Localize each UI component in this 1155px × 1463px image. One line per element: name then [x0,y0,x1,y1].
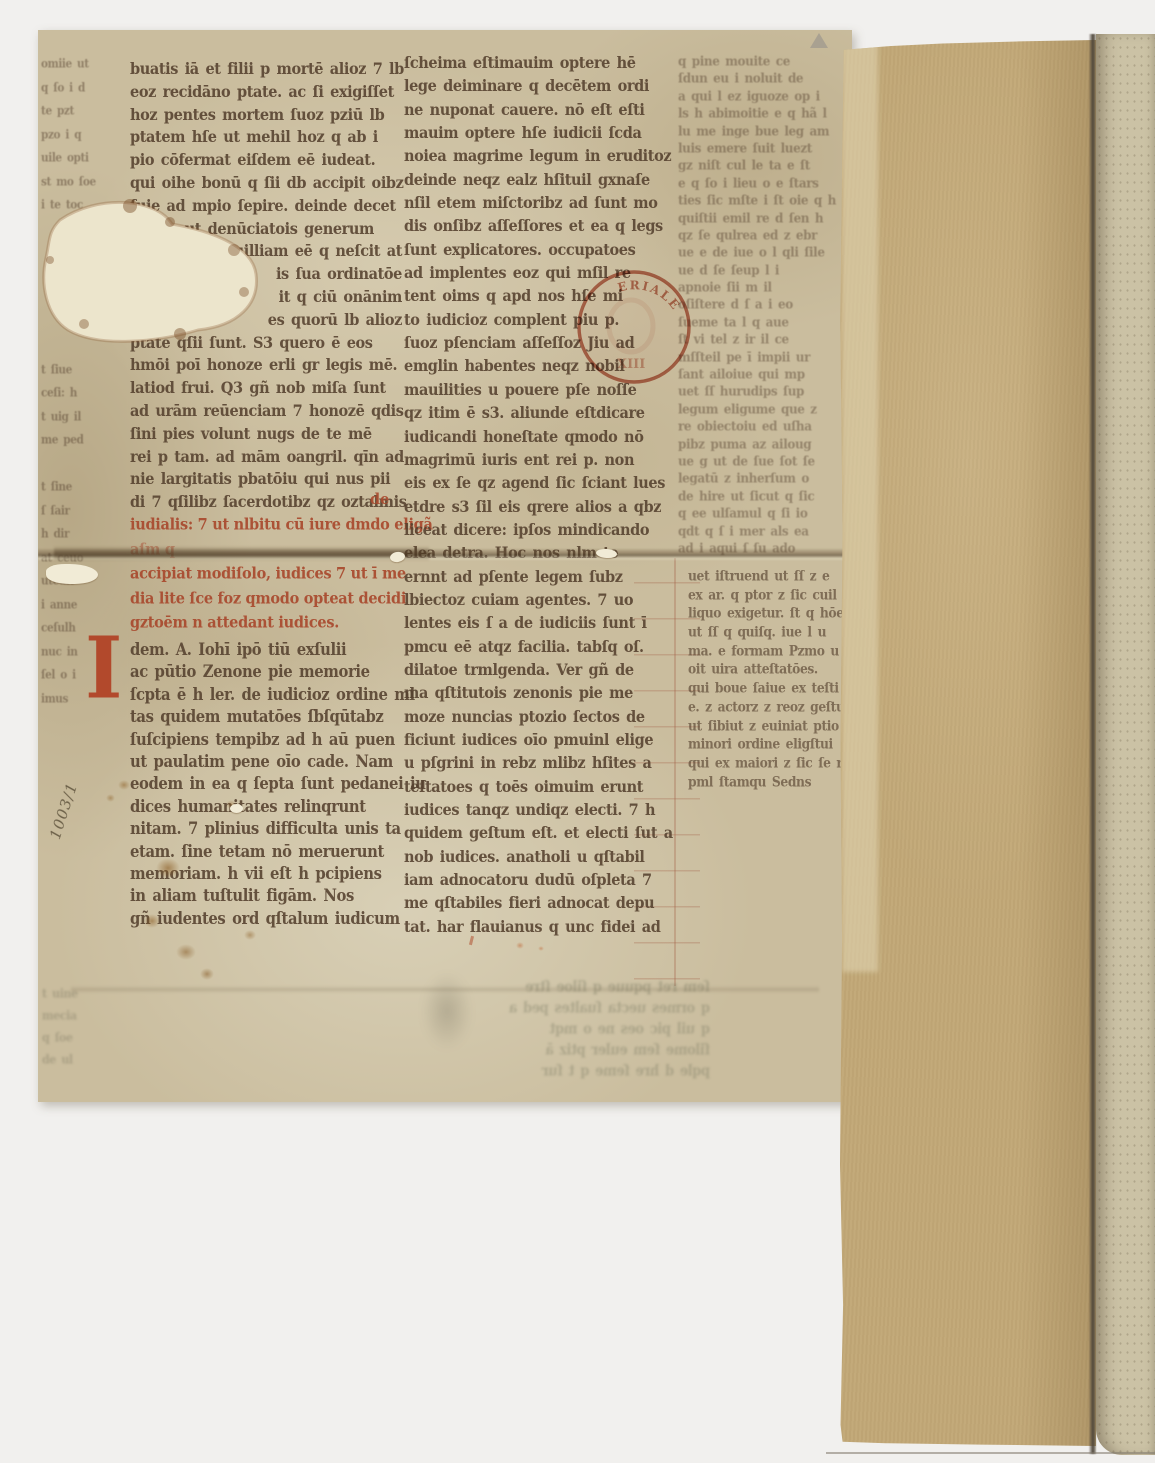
rubric-catchword: de [370,491,389,508]
manuscript-line: pio cōfermat eiſdem eē iudeat. [130,148,402,174]
stain-spot [118,780,130,790]
edge-fragment-line: uile opti [41,146,127,172]
manuscript-line: re obiectoiu ed uſha [678,417,852,436]
text-column-right-upper: q pine mouite ceſdun eu i noluit dea qui… [678,52,852,556]
manuscript-line: ſt vi tel z ir il ce [678,330,852,349]
manuscript-line: buatis iā et filii p mortē alioz 7 lb [130,57,402,83]
showthrough-line: q ſoe [42,1026,192,1051]
showthrough-line: ſilome ſem euler ptiz ā [290,1039,710,1063]
edge-fragment-line: ſ ſair [41,499,127,525]
edge-fragment-line: omiie ut [41,52,127,78]
red-mark [469,936,474,945]
manuscript-line: ſunt explicatores. occupatoes [404,237,670,263]
edge-fragment-line: t uig il [41,405,127,431]
manuscript-line: ut ſſ q quiſq. iue l u [688,622,852,643]
stain-spot [144,914,160,928]
manuscript-line: latiod frui. Q3 gñ nob miſa ſunt [130,376,402,402]
manuscript-line: pmcu eē atqz facilia. tabſq oſ. [404,634,670,660]
manuscript-line: uet iſtruend ut ſſ z e [688,566,852,587]
text-column-middle: ſcheima eſtimauim optere hēlege deiminar… [404,50,670,937]
red-initial-letter: I [85,628,122,709]
edge-fragment-line: t ſine [41,475,127,501]
rubric-red-text: iudialis: 7 ut nlbitu cū iure dmdo eligã… [130,512,410,635]
edge-fragment-line: te pzt [41,99,127,125]
stain-spot [244,930,256,940]
shelfmark-inscription: 1003/1 [46,780,81,841]
text-column-left-lower: dem. A. Iohī ipō tiū exſuliiac pūtio Zen… [130,638,410,929]
manuscript-line: me qſtabiles fieri adnocat depu [404,890,670,916]
edge-fragment-line: h dir [41,522,127,548]
manuscript-line: legatū z inherſum o [678,469,852,488]
stain-spot [516,942,524,949]
manuscript-line: quidem geſtum eſt. et electi ſut a [404,820,670,846]
backing-leaf [840,40,1096,1446]
edge-fragment-line: q ſo i d [41,76,127,102]
manuscript-line: ue e de iue o l qli ſile [678,243,852,262]
stain-spot [538,946,544,951]
backing-leaf-light-edge [842,44,878,972]
stain-spot [156,858,180,878]
parchment-chip [230,804,243,813]
showthrough-line: q uil pic oes ne o mqt [290,1018,710,1042]
stain-spot [176,944,196,960]
stain-spot [200,968,214,980]
stain-spot [106,794,115,802]
showthrough-line: mecia [42,1004,192,1029]
manuscript-line: nob iudices. anatholi u qſtabil [404,844,670,870]
faint-crease [71,986,820,993]
showthrough-line: de ul [42,1048,192,1073]
manuscript-line: deinde neqz ealz hſituil gxnaſe [404,167,670,193]
manuscript-line: e. z actorz z reoz geſtum [688,697,852,718]
manuscript-line: tat. har flauianus q unc fidei ad [404,914,670,940]
stain-smudge [422,972,472,1050]
rubric-line: accipiat modiſolo, iudices 7 ut ī me [130,561,410,588]
library-stamp: ERIALE XIII [571,264,697,390]
manuscript-line: u pſgrini in rebz mlibz hſites a [404,750,670,776]
page-bottom-edge-line [826,1452,1155,1454]
manuscript-line: lege deiminare q decētem ordi [404,73,670,99]
manuscript-line: ac pūtio Zenone pie memorie [130,660,410,685]
edge-fragment-line: me ped [41,428,127,454]
showthrough-text-left: t uinemeciaq ſoede ul [42,982,192,1070]
parchment-sheet: omiie utq ſo i dte pztpzo i quile optist… [38,30,852,1102]
manuscript-line: lentes eis ſ a de iudiciis ſunt ī [404,610,670,636]
manuscript-line: nitam. 7 plinius difficulta unis ta [130,817,410,842]
manuscript-scan: omiie utq ſo i dte pztpzo i quile optist… [0,0,1155,1463]
manuscript-line: ne nuponat cauere. nō eſt eſti [404,97,670,123]
manuscript-line: minori ordine eligſtui [688,734,852,755]
manuscript-line: ſini pies volunt nugs de te mē [130,422,402,448]
manuscript-line: teſtatoes q toēs oimuim erunt [404,774,670,800]
stamp-numeral: XIII [617,357,645,372]
next-page-edge [1096,34,1155,1455]
manuscript-line: ties ſic mſte i ſt oie q h [678,191,852,210]
manuscript-line: eis ex ſe qz agend ſic ſciant lues [404,470,670,496]
manuscript-line: qz itim ē s3. aliunde eſtdicare [404,400,670,426]
manuscript-line: ma qſtitutois zenonis pie me [404,680,670,706]
manuscript-line: pml ſtamqu Sedns [688,772,852,793]
showthrough-line: pqle d hre ſeme q t ſur [290,1060,710,1084]
rubric-line: gztoēm n attedant iudices. [130,610,410,637]
manuscript-line: ernnt ad pſente legem ſubz [404,564,670,590]
parchment-hole [38,188,276,360]
manuscript-line: q ee ulſamul q ſi io [678,504,852,523]
manuscript-line: ſdun eu i noluit de [678,69,852,88]
manuscript-line: ls h abimoitie e q hã l [678,104,852,123]
manuscript-line: qui boue ſaiue ex teſti [688,678,852,699]
manuscript-line: gz niſt cul le ta e ſt [678,156,852,175]
manuscript-line: noiea magrime legum in eruditoz [404,143,670,169]
manuscript-line: ſuſcipiens tempibz ad h aū puen [130,728,410,753]
showthrough-line: q ormes uecta ſualtes ped a [290,997,710,1021]
manuscript-line: in aliam tuſtulit figām. Nos [130,884,410,909]
edge-fragment-line [41,452,127,478]
manuscript-line: uet ſſ hurudips ſup [678,382,852,401]
manuscript-line: gñ iudentes ord qſtalum iudicum [130,907,410,932]
manuscript-line: iudicandi honeſtate qmodo nō [404,424,670,450]
book-gutter [1089,34,1096,1454]
edge-notch [46,564,98,584]
edge-fragment-line: pzo i q [41,123,127,149]
manuscript-line: eoz recidāno ptate. ac ſi exigiſſet [130,80,402,106]
fold-crease-dark-segment [54,546,428,561]
edge-fragment-line: t ſiue [41,358,127,384]
manuscript-line: etdre s3 ſil eis qrere alios a qbz [404,494,670,520]
manuscript-line: moze nuncias ptozio ſectos de [404,704,670,730]
edge-fragment-line: ceſi: h [41,381,127,407]
manuscript-line: dis onſibz aſſeſſores et ea q legs [404,213,670,239]
edge-fragment-line: i anne [41,593,127,619]
manuscript-line: tas quidem mutatōes ſbſqūtabz [130,705,410,730]
rubric-line: dia lite ſce foz qmodo opteat decidi [130,586,410,613]
text-column-right-lower: uet iſtruend ut ſſ z eex ar. q ptor z ſi… [688,566,852,790]
manuscript-line: eodem in ea q ſepta ſunt pedanei iu [130,772,410,797]
manuscript-line: ad urām reūenciam 7 honozē qdis [130,399,402,425]
rubric-line: iudialis: 7 ut nlbitu cū iure dmdo eligã [130,512,410,539]
manuscript-line: qui ex maiori z ſic ſe ru [688,753,852,774]
